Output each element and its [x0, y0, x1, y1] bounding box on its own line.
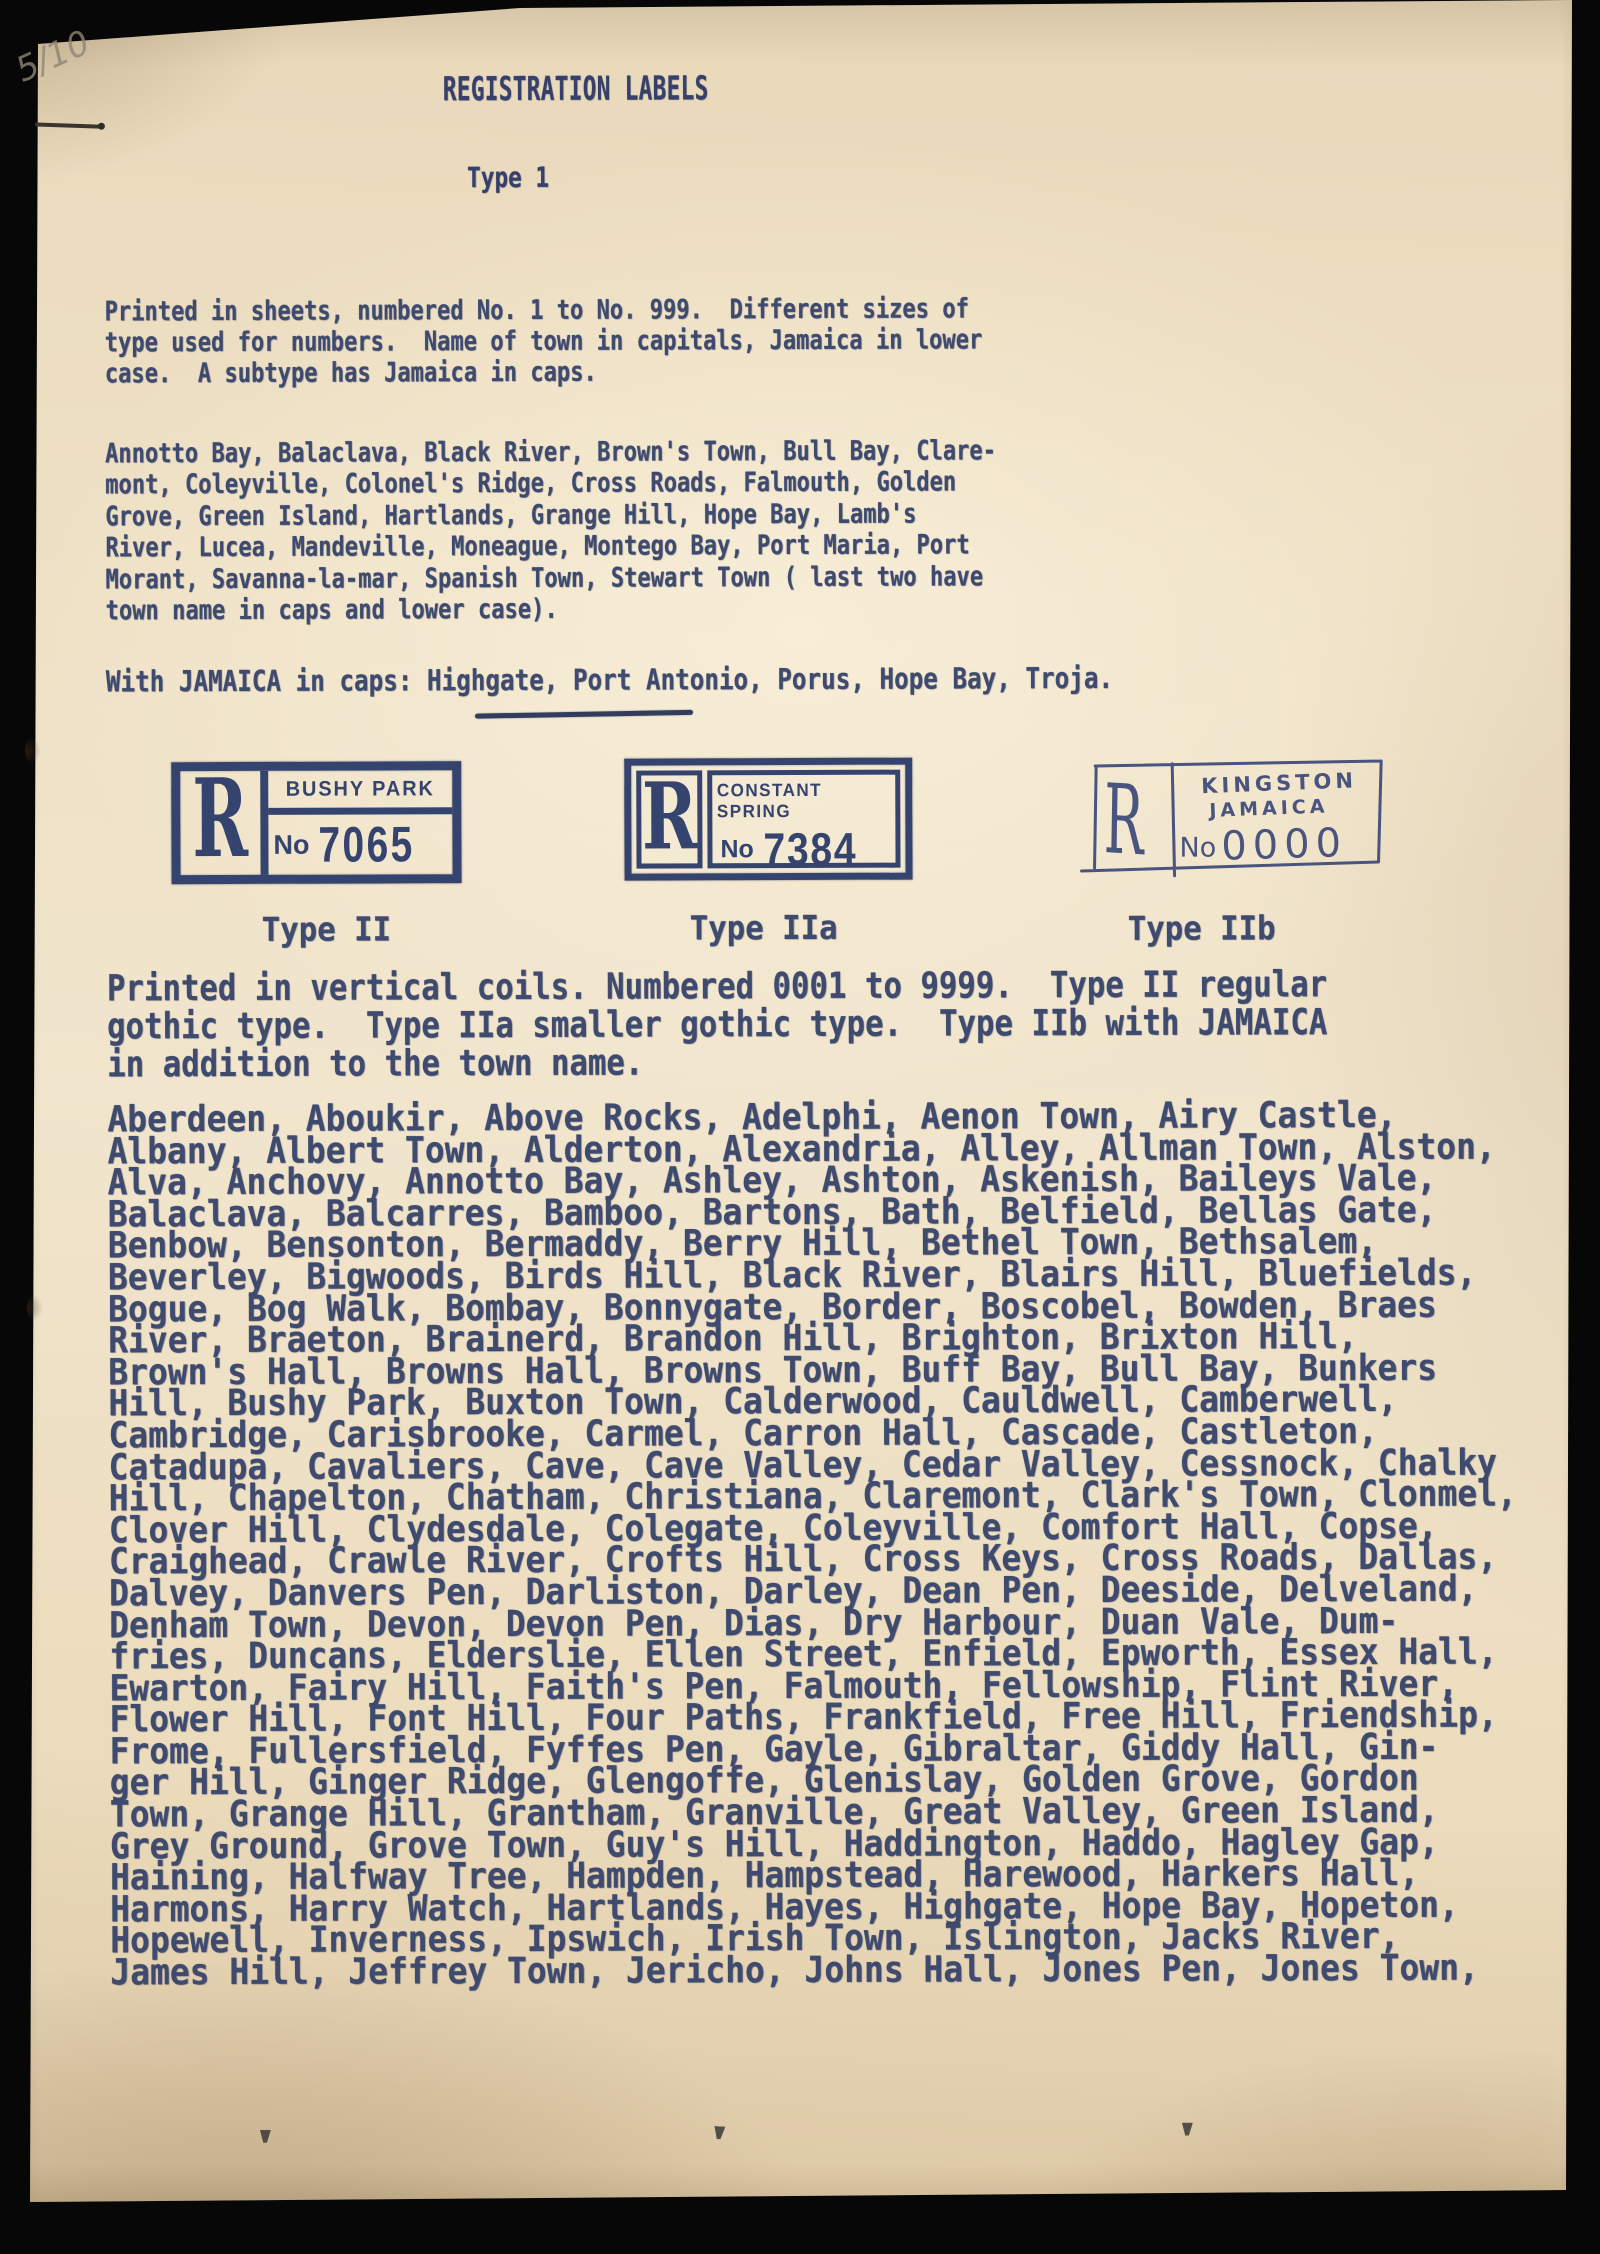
- label-number-row: No 7065: [268, 807, 452, 875]
- label-no-abbrev: No: [273, 829, 309, 860]
- punch-hole-top: [25, 736, 41, 766]
- text-line: Printed in sheets, numbered No. 1 to No.…: [105, 293, 983, 327]
- label-town-line2: JAMAICA: [1207, 795, 1329, 822]
- punch-hole-bottom: [27, 1293, 43, 1323]
- line-jamaica-in-caps: With JAMAICA in caps: Highgate, Port Ant…: [106, 661, 1113, 699]
- text-line: Annotto Bay, Balaclava, Black River, Bro…: [105, 435, 996, 470]
- registration-r-letter: R: [192, 765, 248, 873]
- label-right-cell: CONSTANT SPRING No 7384: [707, 770, 900, 869]
- label-right-cell: BUSHY PARK No 7065: [268, 770, 452, 875]
- underline-mark: [475, 710, 693, 719]
- text-line: River, Lucea, Mandeville, Moneague, Mont…: [105, 530, 996, 565]
- label-serial-number: 7384: [764, 822, 858, 876]
- scan-smudge-mark: [260, 2130, 271, 2143]
- town-list: Aberdeen, Aboukir, Above Rocks, Adelphi,…: [107, 1100, 1518, 1990]
- registration-label-bushy-park: R BUSHY PARK No 7065: [171, 761, 461, 884]
- text-line: James Hill, Jeffrey Town, Jericho, Johns…: [110, 1953, 1518, 1990]
- paragraph-type1-description: Printed in sheets, numbered No. 1 to No.…: [105, 293, 983, 390]
- label-serial-number: 0000: [1221, 820, 1348, 870]
- caption-type-iib: Type IIb: [1128, 908, 1276, 948]
- text-line: gothic type. Type IIa smaller gothic typ…: [107, 1004, 1327, 1046]
- scan-smudge-mark: [1182, 2123, 1193, 2136]
- paragraph-type1-towns: Annotto Bay, Balaclava, Black River, Bro…: [105, 435, 997, 627]
- label-town-name: CONSTANT SPRING: [717, 780, 891, 823]
- staple-mark: [35, 122, 101, 128]
- text-line: town name in caps and lower case).: [106, 592, 997, 627]
- scanned-document-page: 5/10 REGISTRATION LABELS Type 1 Printed …: [0, 0, 1600, 2254]
- text-line: case. A subtype has Jamaica in caps.: [105, 356, 983, 390]
- label-town-line1: KINGSTON: [1201, 768, 1358, 798]
- registration-r-letter: R: [1103, 764, 1146, 878]
- registration-r-letter: R: [642, 770, 697, 862]
- caption-type-iia: Type IIa: [690, 908, 838, 948]
- heading-type-1: Type 1: [467, 161, 549, 194]
- label-r-cell: R: [180, 771, 268, 875]
- registration-label-constant-spring: R CONSTANT SPRING No 7384: [624, 758, 912, 881]
- text-line: Morant, Savanna-la-mar, Spanish Town, St…: [105, 561, 996, 596]
- label-no-abbrev: No: [720, 835, 753, 864]
- page-content: 5/10 REGISTRATION LABELS Type 1 Printed …: [0, 0, 1600, 2254]
- label-no-abbrev: No: [1179, 833, 1216, 864]
- caption-type-ii: Type II: [262, 909, 391, 948]
- label-r-cell: R: [636, 770, 702, 868]
- text-line: Grove, Green Island, Hartlands, Grange H…: [105, 498, 996, 533]
- label-town-name: BUSHY PARK: [273, 770, 448, 808]
- text-line: mont, Coleyville, Colonel's Ridge, Cross…: [105, 467, 996, 502]
- text-line: in addition to the town name.: [107, 1042, 1327, 1084]
- page-title: REGISTRATION LABELS: [443, 68, 709, 108]
- paragraph-type2-description: Printed in vertical coils. Numbered 0001…: [107, 966, 1328, 1084]
- label-serial-number: 7065: [318, 815, 414, 873]
- scan-smudge-mark: [714, 2126, 726, 2140]
- pencil-annotation: 5/10: [10, 23, 96, 91]
- text-line: type used for numbers. Name of town in c…: [105, 325, 983, 359]
- label-number-row: No 7384: [712, 822, 895, 877]
- registration-label-kingston-sketch: R KINGSTON JAMAICA No 0000: [1087, 754, 1387, 879]
